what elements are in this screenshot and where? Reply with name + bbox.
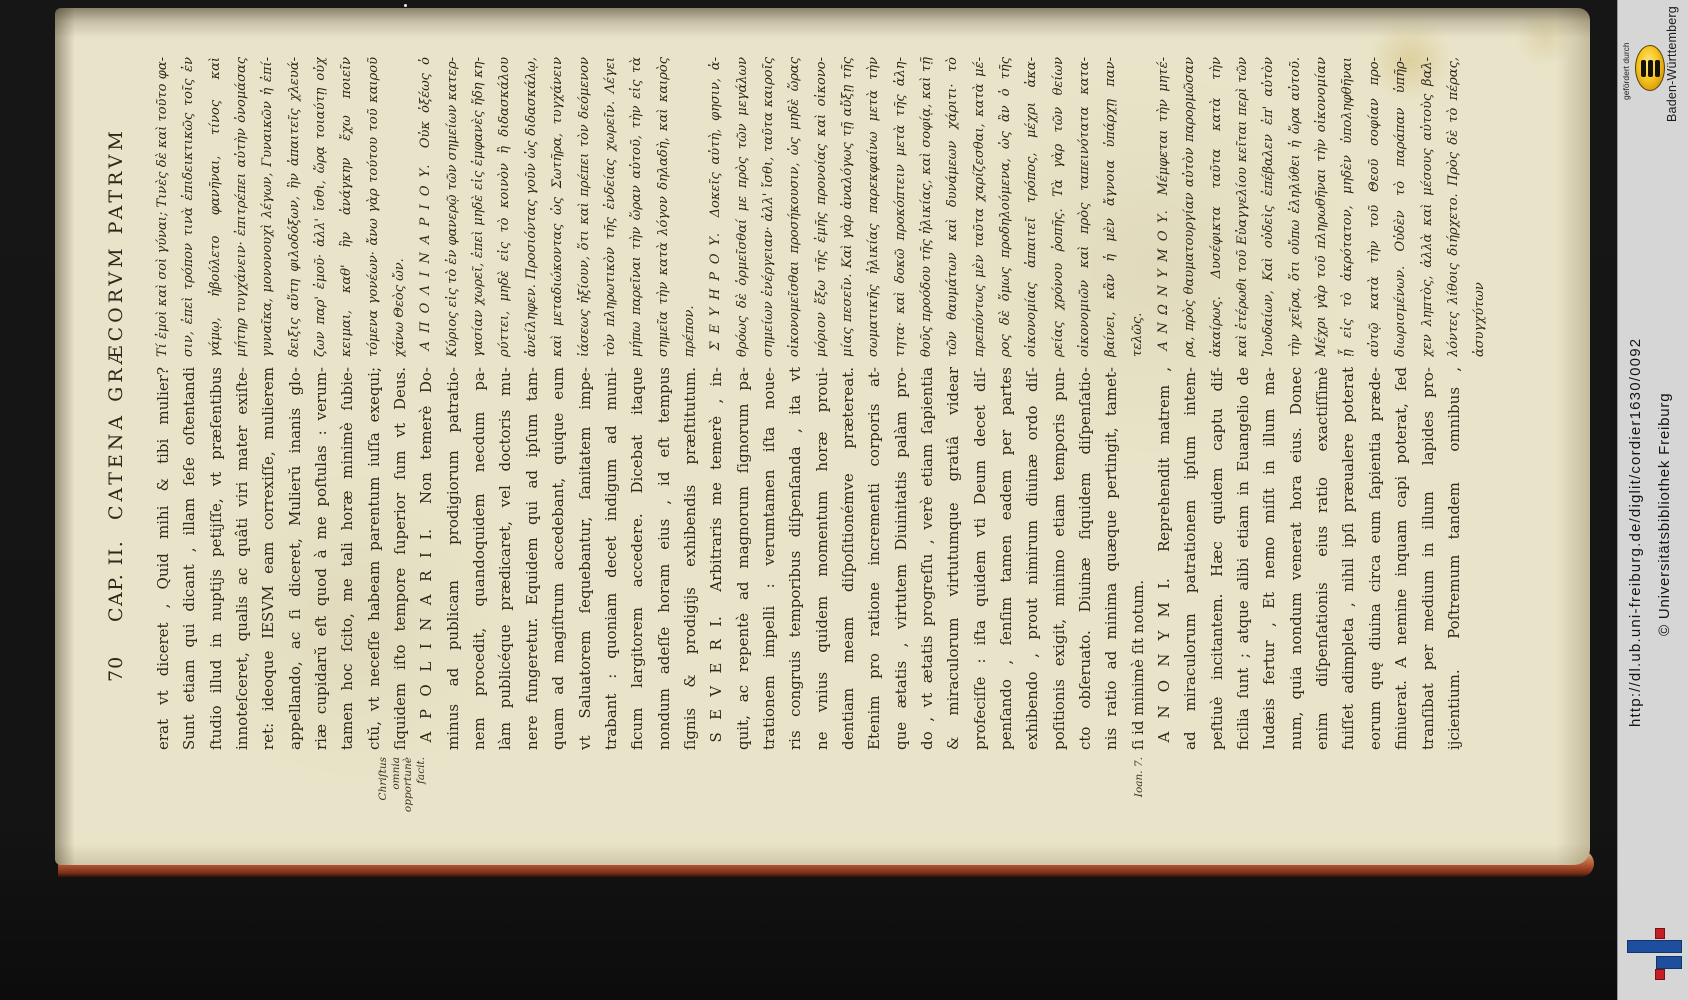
greek-column: Τί ἐμοὶ καὶ σοὶ γύναι; Τινὲς δὲ καὶ τοῦτ… xyxy=(150,57,1467,357)
latin-text-line: nere fungeretur. Equidem qui ad ipſum ta… xyxy=(519,367,545,750)
greek-text-line: δειξις αὕτη φιλοδόξων, ἣν ἀπαιτεῖς χλευά… xyxy=(282,57,308,357)
latin-text-line: minus ad publicam prodigiorum patratio- xyxy=(440,367,466,750)
margin-note: Chriſtusomniaopportunèfacit. xyxy=(377,757,427,863)
latin-text-line: làm publicéque prædicaret, vel doctoris … xyxy=(492,367,518,750)
latin-text-line: ad miraculorum patrationem ipſum intem- xyxy=(1177,367,1203,750)
latin-text-line: enim diſpenſationis eius ratio exactiſſi… xyxy=(1309,367,1335,750)
greek-text-line: πρεπόντως μὲν ταῦτα χαρίζεσθαι, κατὰ μέ- xyxy=(967,57,993,357)
book-page: 70 CAP. II. CATENA GRÆCORVM PATRVM erat … xyxy=(55,8,1590,865)
greek-text-line: Α Π Ο Λ Ι Ν Α Ρ Ι Ο Υ. Οὐκ ὀξέως ὁ xyxy=(413,57,439,357)
logo-bar-long xyxy=(1627,940,1682,953)
latin-text-line: eorum quę diuina circa eum ſapientia præ… xyxy=(1362,367,1388,750)
greek-text-line: διωρισμένων. Οὐδὲν τὸ παράπαν ὑπῆρ- xyxy=(1388,57,1414,357)
page-header: 70 CAP. II. CATENA GRÆCORVM PATRVM xyxy=(105,8,135,865)
logo-square-bottom xyxy=(1655,969,1665,980)
latin-text-line: S E V E R I. Arbitraris me temerè , in- xyxy=(703,367,729,750)
running-title: CATENA GRÆCORVM PATRVM xyxy=(105,127,127,520)
greek-text-line: γάμῳ, ἠβούλετο φανῆναι, τίνος καὶ τηλικο… xyxy=(203,57,229,357)
latin-text-line: tranſibat per medium in illum lapides pr… xyxy=(1415,367,1441,750)
greek-text-line: μίας πεσεῖν. Καὶ γὰρ ἀναλόγως τῇ αὔξῃ τῆ… xyxy=(835,57,861,357)
latin-text-line: profeciſſe : iſta quidem vti Deum decet … xyxy=(967,367,993,750)
latin-text-line: finiuerat. A nemine inquam capi poterat,… xyxy=(1388,367,1414,750)
latin-text-line: peſtiuè incitantem. Hæc quidem captu dif… xyxy=(1204,367,1230,750)
latin-text-line: ficilia ſunt ; atque alibi etiam in Euan… xyxy=(1230,367,1256,750)
greek-text-line: θοῦς προόδου τῆς ἡλικίας, καὶ σοφίᾳ, καὶ… xyxy=(914,57,940,357)
chapter-label: CAP. II. xyxy=(105,540,127,622)
latin-text-line: poſitionis exigit, minimo etiam temporis… xyxy=(1046,367,1072,750)
greek-text-line: ᾗ εἰς τὸ ἀκρότατον, μηδὲν ὑποληφθῆναι xyxy=(1335,57,1361,357)
latin-text-line: A N O N Y M I. Reprehendit matrem , xyxy=(1151,367,1177,750)
greek-text-line: λόντες λίθοις διήρχετο. Πρὸς δὲ τὸ πέρας… xyxy=(1441,57,1467,357)
greek-text-line: πρέπον. xyxy=(677,57,703,357)
greek-text-line: Κύριος εἰς τὸ ἐν φανερῷ τῶν σημείων κατε… xyxy=(440,57,466,357)
latin-text-line: fuiſſet adimpleta , nihil ipſi præualere… xyxy=(1335,367,1361,750)
greek-text-line: ζων παρ' ἐμοῦ· ἀλλ' ἴσθι, ὥρᾳ τοιαύτῃ οὐ… xyxy=(308,57,334,357)
greek-text-line: σωματικῆς ἡλικίας παρεκφαίνω μετὰ τὴν θε… xyxy=(861,57,887,357)
greek-text-line: ρείας χρόνου ῥοπῆς. Τὰ γὰρ τῶν θείων xyxy=(1046,57,1072,357)
greek-text-line: γυναῖκα, μονονουχὶ λέγων, Γυναικῶν ἡ ἐπί… xyxy=(255,57,281,357)
latin-text-line: quit, ac repentè ad magnorum ſignorum pa… xyxy=(730,367,756,750)
latin-text-line: ficum largitorem accedere. Dicebat itaqu… xyxy=(624,367,650,750)
copyright-caption: © Universitätsbibliothek Freiburg xyxy=(1656,393,1673,636)
greek-text-line: αὐτῷ κατὰ τὴν τοῦ Θεοῦ σοφίαν προ- xyxy=(1362,57,1388,357)
greek-text-line: ρα, πρὸς θαυματουργίαν αὐτὸν παρορμῶσαν xyxy=(1177,57,1203,357)
greek-text-line: τόμενα γονέων· ἄνω γὰρ τούτου τοῦ καιροῦ… xyxy=(361,57,387,357)
latin-column: erat vt diceret , Quid mihi & tibi mulie… xyxy=(150,367,1467,750)
latin-text-line: que ætatis , virtutem Diuinitatis palàm … xyxy=(888,367,914,750)
page-number: 70 xyxy=(105,656,127,682)
latin-text-line: dentiam meam diſpoſitionémve prætereat. xyxy=(835,367,861,750)
logo-square-top xyxy=(1655,928,1665,939)
greek-text-line: οἰκονομιῶν καὶ πρὸς ταπεινότατα κατα- xyxy=(1072,57,1098,357)
greek-text-line: τῶν θαυμάτων καὶ δυνάμεων χάριτι· τὸ xyxy=(940,57,966,357)
greek-text-line: ρύττει, μηδὲ εἰς τὸ κοινὸν ἢ διδασκάλου … xyxy=(492,57,518,357)
latin-text-line: penſando , ſenſim tamen eadem per partes xyxy=(993,367,1019,750)
latin-text-line: innoteſceret, qualis ac quâti viri mater… xyxy=(229,367,255,750)
latin-text-line: ſignis & prodigijs exhibendis præſtitutu… xyxy=(677,367,703,750)
greek-text-line: κειμαι, καθ' ἣν ἀνάγκην ἔχω ποιεῖν προστ… xyxy=(334,57,360,357)
greek-text-line: Τί ἐμοὶ καὶ σοὶ γύναι; Τινὲς δὲ καὶ τοῦτ… xyxy=(150,57,176,357)
funding-state-name: Baden-Württemberg xyxy=(1665,6,1679,122)
viewer-sidebar: gefördert durch Baden-Württemberg http:/… xyxy=(1617,0,1688,1000)
latin-text-line: ſi id minimè ſit notum. xyxy=(1125,367,1151,750)
latin-text-line: num, quia nondum venerat hora eius. Done… xyxy=(1283,367,1309,750)
latin-text-line: ſiquidem iſto tempore ſuperior ſum vt De… xyxy=(387,367,413,750)
greek-text-line: μόριον ἔξω τῆς ἐμῆς προνοίας καὶ οἰκονο- xyxy=(809,57,835,357)
margin-note: Ioan. 7. xyxy=(1133,757,1146,863)
logo-bar-short xyxy=(1656,956,1682,969)
latin-text-line: nem procedit, quandoquidem necdum pa- xyxy=(466,367,492,750)
latin-text-line: ctŭ, vt neceſſe habeam parentum iuſſa ex… xyxy=(361,367,387,750)
baden-wuerttemberg-coat-of-arms-icon xyxy=(1635,45,1665,91)
latin-text-line: appellando, ac ſi diceret, Mulierŭ inani… xyxy=(282,367,308,750)
greek-text-line: χάνω Θεὸς ὤν. xyxy=(387,57,413,357)
dust-speck xyxy=(404,4,407,7)
greek-text-line: Σ Ε Υ Η Ρ Ο Υ. Δοκεῖς αὐτὴ, φησιν, ἀ- xyxy=(703,57,729,357)
latin-text-line: quam ad magiſtrum accedebant, quique eum xyxy=(545,367,571,750)
greek-text-line: μήπω παρεῖναι τὴν ὥραν αὐτοῦ, τὴν εἰς τὰ xyxy=(624,57,650,357)
latin-text-line: tamen hoc ſcito, me tali horæ minimè ſub… xyxy=(334,367,360,750)
greek-text-line: σημεῖα τὴν κατὰ λόγον δηλαδὴ, καὶ καιρὸς… xyxy=(651,57,677,357)
greek-text-line: μήτηρ τυγχάνειν· ἐπιτρέπει αὐτὴν ὀνομάσα… xyxy=(229,57,255,357)
greek-text-line: ἀνείληφεν. Προσιόντας γοῦν ὡς διδασκάλῳ, xyxy=(519,57,545,357)
latin-text-line: nis ratio ad minima quæque pertingit, ta… xyxy=(1098,367,1124,750)
greek-text-line: τὸν πληρωτικὸν τῆς ἐνδείας χωρεῖν. Λέγει… xyxy=(598,57,624,357)
greek-text-line: οἰκονομίας ἀπαιτεῖ τρόπος, μέχρι ἀκα- xyxy=(1019,57,1045,357)
latin-text-line: Sunt etiam qui dicant , illam ſeſe oſten… xyxy=(176,367,202,750)
greek-text-line: ρος δὲ ὅμως προδηλούμενα, ὡς ἂν ὁ τῆς xyxy=(993,57,1019,357)
latin-text-line: ijcientium. Poſtremum tandem omnibus , xyxy=(1441,367,1467,750)
latin-text-line: exhibendo , prout nimirum diuinæ ordo di… xyxy=(1019,367,1045,750)
greek-text-line: καὶ μεταδιώκοντας ὡς Σωτῆρα, τυγχάνειν xyxy=(545,57,571,357)
greek-text-line: τὴν χεῖρα, ὅτι οὔπω ἐληλύθει ἡ ὥρα αὐτοῦ… xyxy=(1283,57,1309,357)
latin-text-line: ret: ideoque IESVM eam correxiſſe, mulie… xyxy=(255,367,281,750)
greek-text-line: ἰάσεως ἠξίουν, ὅτι καὶ πρέπει τὸν δεόμεν… xyxy=(572,57,598,357)
greek-text-line: χεν ληπτὸς, ἀλλὰ καὶ μέσους αὐτοὺς βαλ- xyxy=(1415,57,1441,357)
greek-text-line: οἰκονομεῖσθαι προσήκουσιν, ὡς μηδὲ ὥρας xyxy=(782,57,808,357)
latin-text-line: A P O L I N A R I I. Non temerè Do- xyxy=(413,367,439,750)
latin-text-line: trationem impelli : verumtamen iſta noue… xyxy=(756,367,782,750)
latin-text-line: & miraculorum virtutumque gratiâ videar xyxy=(940,367,966,750)
latin-text-line: erat vt diceret , Quid mihi & tibi mulie… xyxy=(150,367,176,750)
latin-text-line: ne vnius quidem momentum horæ proui- xyxy=(809,367,835,750)
latin-text-line: ris congruis temporibus diſpenſanda , it… xyxy=(782,367,808,750)
greek-text-line: θρόως δὲ ὁρμεῖσθαί με πρὸς τῶν μεγάλων xyxy=(730,57,756,357)
latin-text-line: vt Saluatorem ſequebantur, ſanitatem imp… xyxy=(572,367,598,750)
greek-text-line: γασίαν χωρεῖ, ἐπεὶ μηδὲ εἰς ἐμφανὲς ἤδη … xyxy=(466,57,492,357)
latin-text-line: do , vt ætatis progreſſu , verè etiam ſa… xyxy=(914,367,940,750)
greek-text-line: τητα· καὶ δοκῶ προκόπτειν μετὰ τῆς ἀλη- xyxy=(888,57,914,357)
latin-text-line: nondum adeſſe horam eius , id eſt tempus xyxy=(651,367,677,750)
source-url-caption: http://dl.ub.uni-freiburg.de/diglit/cord… xyxy=(1627,338,1644,727)
latin-text-line: cto obſeruato. Diuinæ ſiquidem diſpenſat… xyxy=(1072,367,1098,750)
greek-text-line: σημείων ἐνέργειαν· ἀλλ' ἴσθι, ταῦτα καιρ… xyxy=(756,57,782,357)
greek-text-line: ἀκαίρως. Δυσέφικτα ταῦτα κατὰ τὴν ἔννοια… xyxy=(1204,57,1230,357)
catchword: ἀσυγχύτων xyxy=(1467,67,1493,357)
latin-text-line: Etenim pro ratione incrementi corporis a… xyxy=(861,367,887,750)
greek-text-line: Μέχρι γὰρ τοῦ πληρωθῆναι τὴν οἰκονομίαν xyxy=(1309,57,1335,357)
latin-text-line: riæ cupidarŭ eſt quod à me poſtulas : ve… xyxy=(308,367,334,750)
greek-text-line: Ἰουδαίων, Καὶ οὐδεὶς ἐπέβαλεν ἐπ' αὐτὸν xyxy=(1256,57,1282,357)
scanned-book-photo: 70 CAP. II. CATENA GRÆCORVM PATRVM erat … xyxy=(0,0,1688,1000)
greek-text-line: βαίνει, κἂν ἡ μὲν ἄγνοια ὑπάρχῃ παν- xyxy=(1098,57,1124,357)
latin-text-line: Iudæis fertur , Et nemo miſit in illum m… xyxy=(1256,367,1282,750)
greek-text-line: καὶ ἑτέρωθι τοῦ Εὐαγγελίου κεῖται περὶ τ… xyxy=(1230,57,1256,357)
funding-label: gefördert durch xyxy=(1621,42,1631,100)
greek-text-line: σιν, ἐπεὶ τρόπον τινὰ ἐπιδεικτικῶς τοῖς … xyxy=(176,57,202,357)
greek-text-line: τελῶς. xyxy=(1125,57,1151,357)
latin-text-line: ſtudio illud in nuptijs petijſſe, vt præ… xyxy=(203,367,229,750)
greek-text-line: Α Ν Ω Ν Υ Μ Ο Υ. Μέμφεται τὴν μητέ- xyxy=(1151,57,1177,357)
latin-text-line: trabant : quoniam decet indigum ad muni- xyxy=(598,367,624,750)
